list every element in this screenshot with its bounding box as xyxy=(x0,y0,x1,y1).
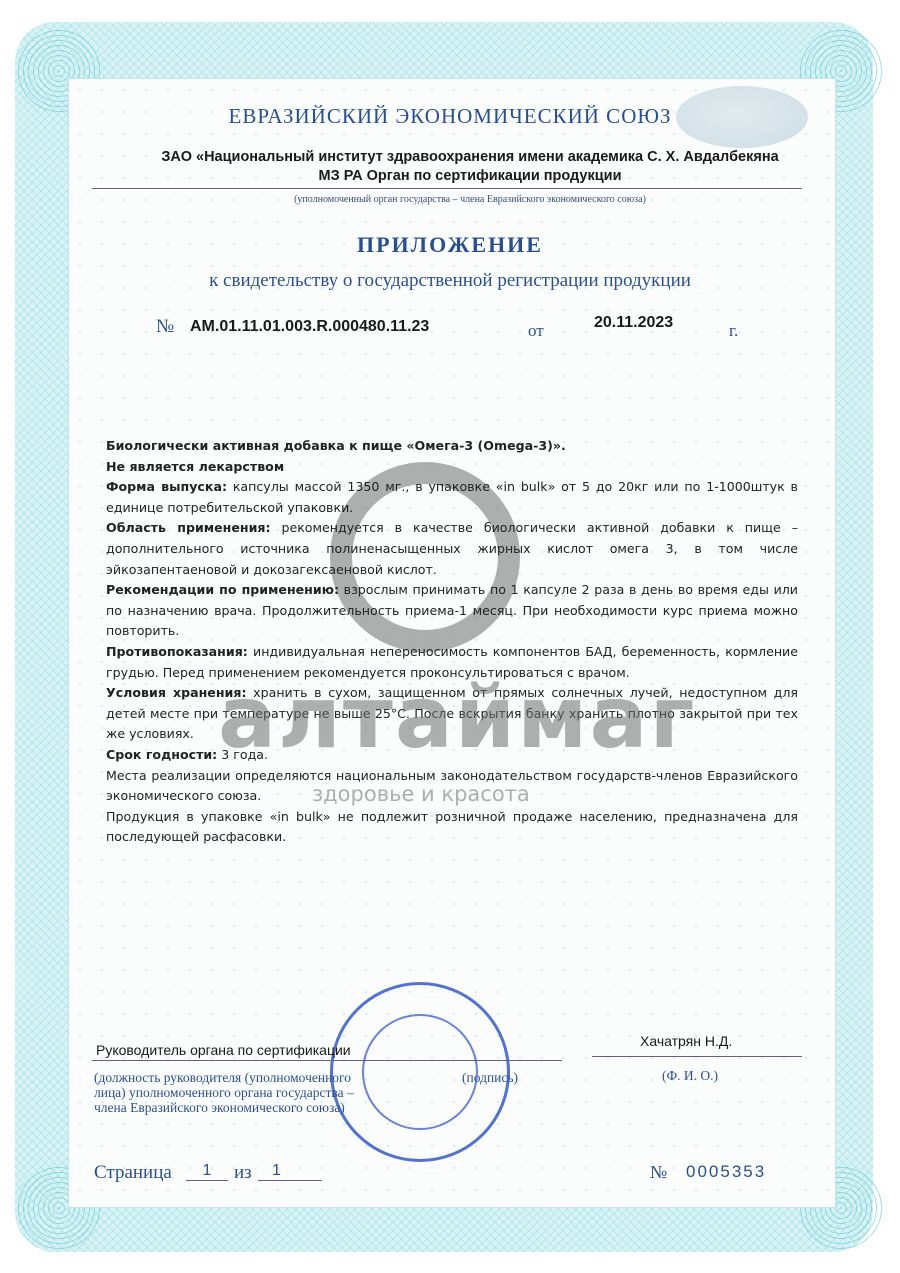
name-note: (Ф. И. О.) xyxy=(662,1068,718,1084)
organization-note: (уполномоченный орган государства – член… xyxy=(150,194,790,205)
document-title: ПРИЛОЖЕНИЕ xyxy=(0,232,900,258)
not-medicine-note: Не является лекарством xyxy=(106,459,284,474)
signature-line xyxy=(92,1060,562,1061)
organization-name: ЗАО «Национальный институт здравоохранен… xyxy=(150,149,790,165)
signatory-name: Хачатрян Н.Д. xyxy=(640,1033,732,1049)
number-sign: № xyxy=(156,316,174,338)
year-suffix: г. xyxy=(729,321,738,341)
section-usage: Рекомендации по применению: взрослым при… xyxy=(106,580,798,642)
from-label: от xyxy=(528,321,544,341)
section-scope: Область применения: рекомендуется в каче… xyxy=(106,518,798,580)
signature-note: (подпись) xyxy=(462,1070,518,1086)
form-serial-number: 0005353 xyxy=(686,1162,766,1182)
signatory-role: Руководитель органа по сертификации xyxy=(96,1042,351,1058)
section-form: Форма выпуска: капсулы массой 1350 мг., … xyxy=(106,477,798,518)
page-number: 1 xyxy=(186,1162,228,1181)
certificate-number: AM.01.11.01.003.R.000480.11.23 xyxy=(190,318,429,336)
union-heading: ЕВРАЗИЙСКИЙ ЭКОНОМИЧЕСКИЙ СОЮЗ xyxy=(0,104,900,129)
product-name: Биологически активная добавка к пище «Ом… xyxy=(106,438,566,453)
role-note: (должность руководителя (уполномоченного… xyxy=(94,1070,384,1115)
organization-body: МЗ РА Орган по сертификации продукции xyxy=(150,168,790,184)
serial-sign: № xyxy=(650,1162,667,1183)
page-label: Страница xyxy=(94,1162,172,1184)
certificate-date: 20.11.2023 xyxy=(594,314,673,332)
watermark-brand: алтаймаг xyxy=(218,668,696,768)
document-subtitle: к свидетельству о государственной регист… xyxy=(0,270,900,292)
watermark-tagline: здоровье и красота xyxy=(312,782,530,806)
page-total: 1 xyxy=(258,1162,322,1181)
divider xyxy=(92,188,802,189)
name-line xyxy=(592,1056,802,1057)
page-of-label: из xyxy=(234,1162,252,1184)
bulk-note: Продукция в упаковке «in bulk» не подлеж… xyxy=(106,807,798,848)
